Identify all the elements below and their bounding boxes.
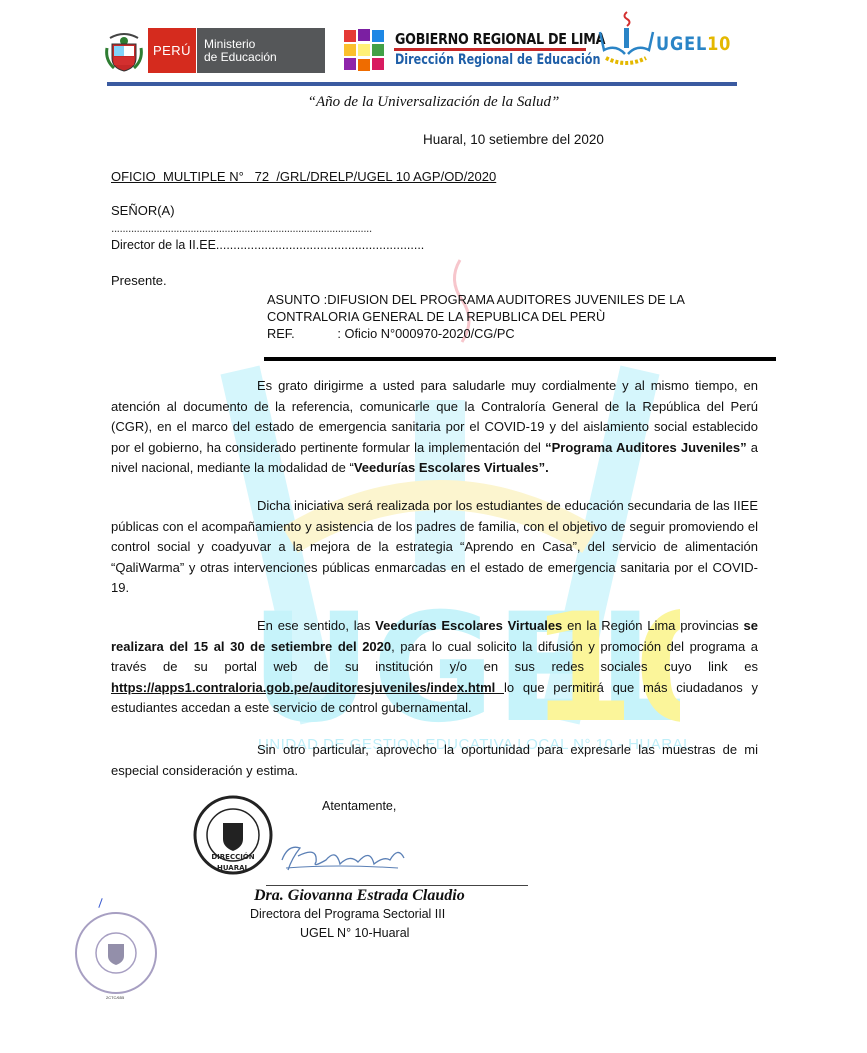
oficio-reference-number: OFICIO MULTIPLE N° 72 /GRL/DRELP/UGEL 10… [111,169,496,184]
direction-seal-stamp-icon: DIRECCIÓN HUARAL [193,795,273,875]
handwritten-signature-icon [278,838,408,874]
paragraph-closing: Sin otro particular, aprovecho la oportu… [111,740,758,781]
peru-brand-label: PERÚ [148,28,196,73]
regional-red-rule [394,48,586,51]
recipient-salutation: SEÑOR(A) [111,203,175,218]
pen-mark [98,898,102,908]
peru-coat-of-arms-icon [104,30,144,72]
ministry-receipt-stamp-icon [73,910,159,996]
reference-label: REF. [267,326,295,341]
closing-salutation: Atentamente, [322,799,396,813]
signer-name: Dra. Giovanna Estrada Claudio [254,887,465,905]
reference-row: REF. : Oficio N°000970-2020/CG/PC [267,326,515,341]
place-date: Huaral, 10 setiembre del 2020 [423,132,604,147]
paragraph-initiative: Dicha iniciativa será realizada por los … [111,496,758,599]
subject-label: ASUNTO [267,292,320,307]
recipient-closing: Presente. [111,273,167,288]
signer-role: Directora del Programa Sectorial III [250,907,445,921]
svg-text:DIRECCIÓN: DIRECCIÓN [211,852,254,861]
ministry-line-1: Ministerio [204,38,325,51]
regional-direction-subtitle: Dirección Regional de Educación [395,52,600,68]
program-name: “Programa Auditores Juveniles” [545,440,746,455]
signature-line [266,885,528,886]
subject-block: ASUNTO :DIFUSION DEL PROGRAMA AUDITORES … [267,291,777,325]
subject-divider [264,357,776,361]
ministry-line-2: de Educación [204,51,325,64]
year-motto: “Año de la Universalización de la Salud” [0,94,867,111]
reference-text: : Oficio N°000970-2020/CG/PC [337,326,514,341]
program-url-link[interactable]: https://apps1.contraloria.gob.pe/auditor… [111,680,504,695]
svg-text:HUARAL: HUARAL [217,864,250,872]
regional-government-logo-icon [342,27,386,73]
recipient-name-blank: ........................................… [111,221,372,235]
ministry-brand: Ministerio de Educación [197,28,325,73]
paragraph-introduction: Es grato dirigirme a usted para saludarl… [111,376,758,479]
regional-government-title: GOBIERNO REGIONAL DE LIMA [395,30,605,48]
modality-name: Veedurías Escolares Virtuales”. [354,460,549,475]
ugel-logo-text: UGEL10 [656,33,731,55]
recipient-position: Director de la II.EE....................… [111,238,424,252]
header-divider [107,82,737,86]
subject-text: :DIFUSION DEL PROGRAMA AUDITORES JUVENIL… [267,292,684,324]
signer-office: UGEL N° 10-Huaral [300,926,409,940]
stamp-code: 2CTC/655 [106,995,124,1000]
paragraph-dates-link: En ese sentido, las Veedurías Escolares … [111,616,758,719]
ugel-book-torch-logo-icon [596,10,656,70]
